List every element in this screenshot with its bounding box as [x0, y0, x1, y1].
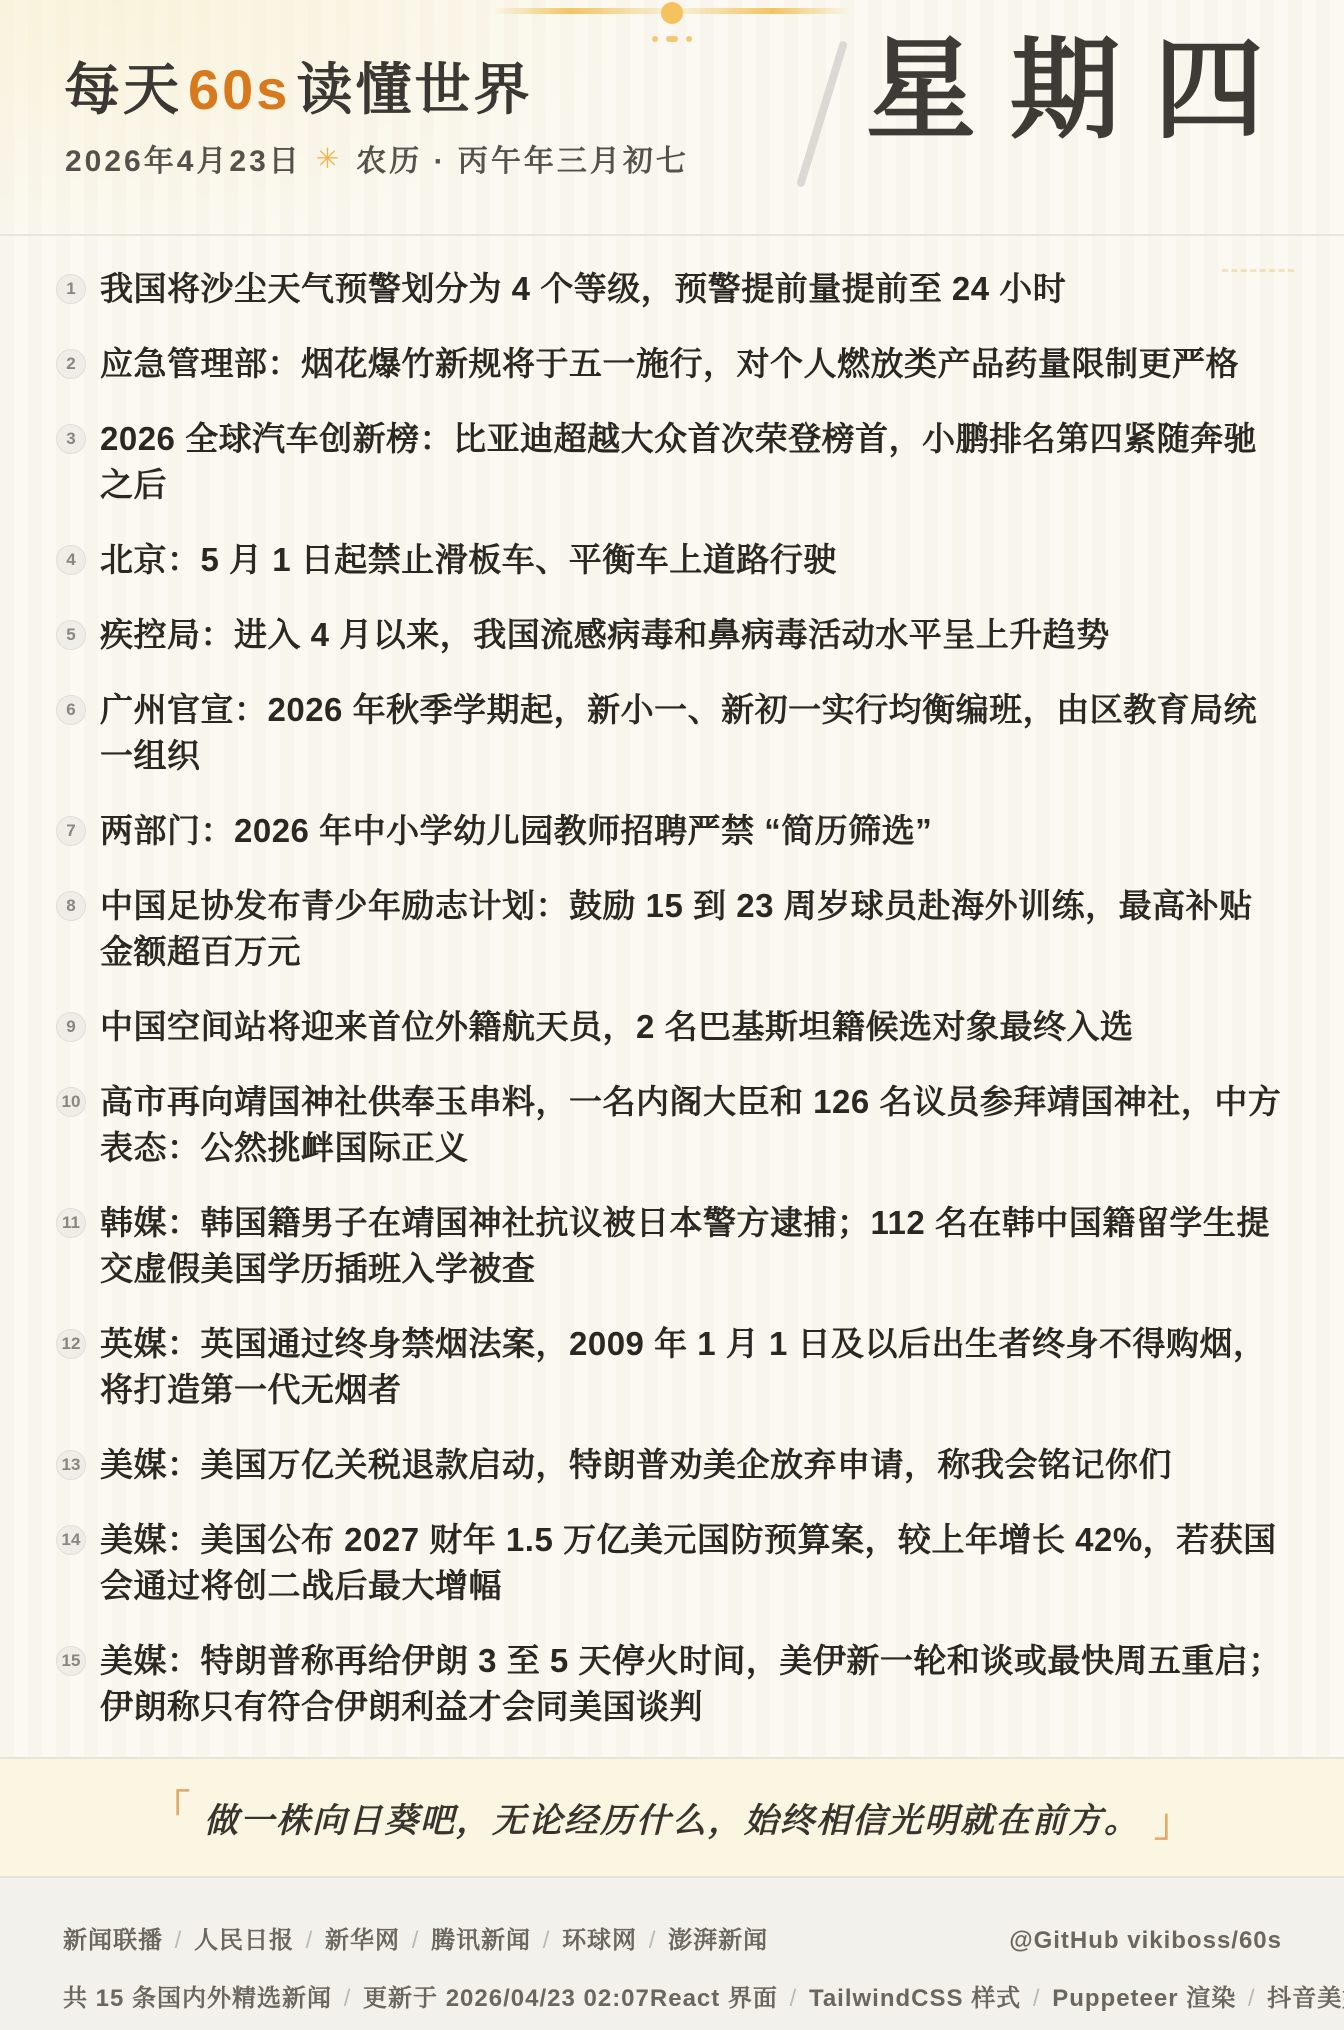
tech-stack: React 界面 / TailwindCSS 样式 / Puppeteer 渲染…	[650, 1978, 1344, 2013]
news-item-text: 两部门：2026 年中小学幼儿园教师招聘严禁 “简历筛选”	[100, 808, 932, 854]
news-list: 1我国将沙尘天气预警划分为 4 个等级，预警提前量提前至 24 小时 2应急管理…	[56, 266, 1286, 1730]
news-item: 32026 全球汽车创新榜：比亚迪超越大众首次荣登榜首，小鹏排名第四紧随奔驰之后	[56, 416, 1286, 508]
news-item-text: 韩媒：韩国籍男子在靖国神社抗议被日本警方逮捕；112 名在韩中国籍留学生提交虚假…	[100, 1200, 1286, 1292]
news-item-text: 美媒：美国公布 2027 财年 1.5 万亿美元国防预算案，较上年增长 42%，…	[100, 1517, 1286, 1609]
title-highlight: 60s	[182, 58, 296, 121]
footer-row-meta: 共 15 条国内外精选新闻 / 更新于 2026/04/23 02:07 Rea…	[63, 1978, 1282, 2013]
slash-separator: /	[332, 1985, 363, 2012]
list-item: 抖音美好体	[1267, 1985, 1344, 2012]
item-number-badge: 6	[56, 695, 86, 725]
slash-separator: /	[1236, 1985, 1267, 2012]
item-number-badge: 14	[56, 1525, 86, 1555]
news-item-text: 疾控局：进入 4 月以来，我国流感病毒和鼻病毒活动水平呈上升趋势	[100, 612, 1110, 658]
news-item: 15美媒：特朗普称再给伊朗 3 至 5 天停火时间，美伊新一轮和谈或最快周五重启…	[56, 1638, 1286, 1730]
list-item: 共 15 条国内外精选新闻	[63, 1985, 332, 2012]
item-number-badge: 3	[56, 424, 86, 454]
list-item: 新华网	[325, 1927, 400, 1954]
news-list-section: 1我国将沙尘天气预警划分为 4 个等级，预警提前量提前至 24 小时 2应急管理…	[0, 236, 1344, 1758]
news-item: 2应急管理部：烟花爆竹新规将于五一施行，对个人燃放类产品药量限制更严格	[56, 341, 1286, 387]
slash-separator: /	[163, 1927, 194, 1954]
page-title: 每天60s读懂世界	[64, 46, 532, 126]
gregorian-date: 2026年4月23日	[65, 136, 302, 180]
news-item-text: 英媒：英国通过终身禁烟法案，2009 年 1 月 1 日及以后出生者终身不得购烟…	[100, 1321, 1286, 1413]
slash-separator: /	[778, 1985, 809, 2012]
news-item: 11韩媒：韩国籍男子在靖国神社抗议被日本警方逮捕；112 名在韩中国籍留学生提交…	[56, 1200, 1286, 1292]
item-number-badge: 8	[56, 891, 86, 921]
news-sources: 新闻联播 / 人民日报 / 新华网 / 腾讯新闻 / 环球网 / 澎湃新闻	[63, 1920, 768, 1955]
quote-open-bracket-icon: 「	[152, 1791, 190, 1829]
header: 每天60s读懂世界 2026年4月23日 ✳ 农历 · 丙午年三月初七 星期四	[0, 0, 1344, 236]
decor-dashed-line	[1222, 269, 1294, 272]
list-item: Puppeteer 渲染	[1052, 1985, 1236, 2012]
news-item: 1我国将沙尘天气预警划分为 4 个等级，预警提前量提前至 24 小时	[56, 266, 1286, 312]
list-item: React 界面	[650, 1985, 778, 2012]
item-number-badge: 13	[56, 1450, 86, 1480]
title-suffix: 读懂世界	[296, 58, 532, 121]
lunar-date: 农历 · 丙午年三月初七	[356, 136, 689, 180]
list-item: 更新于 2026/04/23 02:07	[363, 1985, 650, 2012]
slash-separator: /	[637, 1927, 668, 1954]
quote-text: 做一株向日葵吧，无论经历什么，始终相信光明就在前方。	[204, 1793, 1140, 1842]
header-slash-divider	[796, 40, 848, 188]
news-item: 7两部门：2026 年中小学幼儿园教师招聘严禁 “简历筛选”	[56, 808, 1286, 854]
item-number-badge: 9	[56, 1012, 86, 1042]
slash-separator: /	[1021, 1985, 1052, 2012]
news-item: 5疾控局：进入 4 月以来，我国流感病毒和鼻病毒活动水平呈上升趋势	[56, 612, 1286, 658]
daily-quote: 「 做一株向日葵吧，无论经历什么，始终相信光明就在前方。 」	[0, 1757, 1344, 1878]
footer: 新闻联播 / 人民日报 / 新华网 / 腾讯新闻 / 环球网 / 澎湃新闻 @G…	[0, 1878, 1344, 2030]
item-number-badge: 5	[56, 620, 86, 650]
news-item-text: 美媒：美国万亿关税退款启动，特朗普劝美企放弃申请，称我会铭记你们	[100, 1442, 1172, 1488]
github-credit: @GitHub vikiboss/60s	[1009, 1927, 1282, 1955]
news-item: 13美媒：美国万亿关税退款启动，特朗普劝美企放弃申请，称我会铭记你们	[56, 1442, 1286, 1488]
footer-row-sources: 新闻联播 / 人民日报 / 新华网 / 腾讯新闻 / 环球网 / 澎湃新闻 @G…	[63, 1920, 1282, 1955]
news-item-text: 应急管理部：烟花爆竹新规将于五一施行，对个人燃放类产品药量限制更严格	[100, 341, 1239, 387]
list-item: 腾讯新闻	[431, 1927, 531, 1954]
list-item: 人民日报	[194, 1927, 294, 1954]
news-item-text: 中国空间站将迎来首位外籍航天员，2 名巴基斯坦籍候选对象最终入选	[100, 1004, 1134, 1050]
item-number-badge: 1	[56, 274, 86, 304]
slash-separator: /	[531, 1927, 562, 1954]
item-number-badge: 7	[56, 816, 86, 846]
update-meta: 共 15 条国内外精选新闻 / 更新于 2026/04/23 02:07	[63, 1978, 650, 2013]
item-number-badge: 2	[56, 349, 86, 379]
item-number-badge: 4	[56, 545, 86, 575]
news-item: 6广州官宣：2026 年秋季学期起，新小一、新初一实行均衡编班，由区教育局统一组…	[56, 687, 1286, 779]
news-item-text: 2026 全球汽车创新榜：比亚迪超越大众首次荣登榜首，小鹏排名第四紧随奔驰之后	[100, 416, 1286, 508]
item-number-badge: 15	[56, 1646, 86, 1676]
item-number-badge: 10	[56, 1087, 86, 1117]
news-item: 8中国足协发布青少年励志计划：鼓励 15 到 23 周岁球员赴海外训练，最高补贴…	[56, 883, 1286, 975]
asterisk-icon: ✳	[316, 142, 342, 175]
news-card: 每天60s读懂世界 2026年4月23日 ✳ 农历 · 丙午年三月初七 星期四 …	[0, 0, 1344, 2030]
quote-close-bracket-icon: 」	[1154, 1805, 1192, 1843]
news-item-text: 中国足协发布青少年励志计划：鼓励 15 到 23 周岁球员赴海外训练，最高补贴金…	[100, 883, 1286, 975]
item-number-badge: 12	[56, 1329, 86, 1359]
news-item: 12英媒：英国通过终身禁烟法案，2009 年 1 月 1 日及以后出生者终身不得…	[56, 1321, 1286, 1413]
list-item: TailwindCSS 样式	[809, 1985, 1021, 2012]
news-item-text: 高市再向靖国神社供奉玉串料，一名内阁大臣和 126 名议员参拜靖国神社，中方表态…	[100, 1079, 1286, 1171]
news-item: 14美媒：美国公布 2027 财年 1.5 万亿美元国防预算案，较上年增长 42…	[56, 1517, 1286, 1609]
list-item: 环球网	[562, 1927, 637, 1954]
news-item: 10高市再向靖国神社供奉玉串料，一名内阁大臣和 126 名议员参拜靖国神社，中方…	[56, 1079, 1286, 1171]
news-item-text: 北京：5 月 1 日起禁止滑板车、平衡车上道路行驶	[100, 537, 837, 583]
news-item: 9中国空间站将迎来首位外籍航天员，2 名巴基斯坦籍候选对象最终入选	[56, 1004, 1286, 1050]
list-item: 澎湃新闻	[668, 1927, 768, 1954]
news-item: 4北京：5 月 1 日起禁止滑板车、平衡车上道路行驶	[56, 537, 1286, 583]
item-number-badge: 11	[56, 1208, 86, 1238]
slash-separator: /	[400, 1927, 431, 1954]
news-item-text: 广州官宣：2026 年秋季学期起，新小一、新初一实行均衡编班，由区教育局统一组织	[100, 687, 1286, 779]
date-line: 2026年4月23日 ✳ 农历 · 丙午年三月初七	[65, 136, 689, 180]
list-item: 新闻联播	[63, 1927, 163, 1954]
weekday-label: 星期四	[866, 26, 1298, 156]
news-item-text: 我国将沙尘天气预警划分为 4 个等级，预警提前量提前至 24 小时	[100, 266, 1066, 312]
title-prefix: 每天	[64, 58, 182, 121]
news-item-text: 美媒：特朗普称再给伊朗 3 至 5 天停火时间，美伊新一轮和谈或最快周五重启；伊…	[100, 1638, 1286, 1730]
slash-separator: /	[294, 1927, 325, 1954]
